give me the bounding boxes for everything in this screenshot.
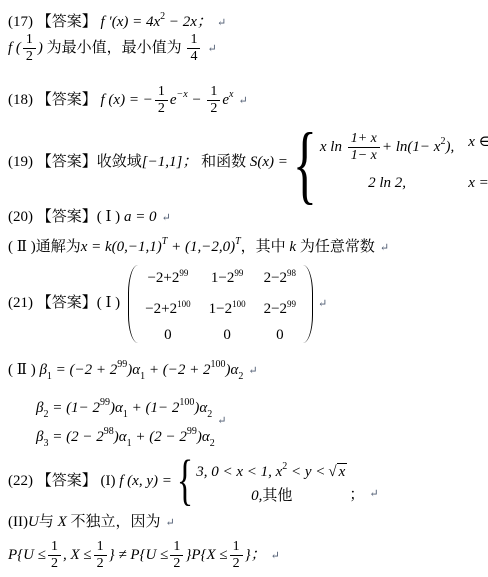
matrix-grid: −2+2991−2992−298−2+21001−21002−299000	[145, 262, 296, 346]
question-number: (19)	[8, 154, 33, 170]
matrix-cell: 0	[209, 324, 246, 346]
q21-beta1-line: ( Ⅱ ) β1 = (−2 + 299)α1 + (−2 + 2100)α2↵	[8, 354, 258, 388]
sqrt-icon: √	[328, 464, 336, 480]
formula-part: = (−2 + 2	[56, 362, 118, 378]
formula-sx: S(x) =	[250, 154, 288, 170]
zero-value: 0,	[251, 488, 262, 504]
formula-fxy: f (x, y) =	[119, 473, 172, 489]
text-arbitrary-constant: 为任意常数	[300, 239, 375, 255]
alpha-subscript: 2	[207, 409, 212, 420]
matrix: −2+2991−2992−298−2+21001−21002−299000	[128, 262, 313, 346]
text-minimum: 为最小值，最小值为	[47, 40, 182, 56]
alpha-subscript: 2	[210, 438, 215, 449]
piecewise-cases: x ln 1+ x1− x+ ln(1− x2),x ∈ (−1,1)2 ln …	[320, 131, 488, 194]
cell-value: 0	[223, 327, 231, 343]
matrix-cell: 0	[145, 324, 190, 346]
alpha-subscript: 1	[123, 409, 128, 420]
fraction-numerator: 1	[155, 84, 168, 100]
paragraph-mark-icon: ↵	[248, 365, 257, 377]
text-sum-function: 和函数	[201, 154, 246, 170]
fraction-denominator: 2	[230, 555, 243, 572]
cell-exponent: 100	[232, 299, 246, 309]
text-not-independent: 不独立，因为	[71, 514, 161, 530]
question-number: (17)	[8, 14, 33, 30]
formula-close-paren: )	[38, 40, 43, 56]
euler-e: e	[222, 92, 229, 108]
fraction-denominator: 2	[155, 100, 168, 117]
fraction-one-half: 12	[23, 32, 36, 65]
piecewise-cases: 3, 0 < x < 1, x2 < y <√x0,其他	[196, 456, 347, 507]
cell-exponent: 100	[177, 299, 191, 309]
formula-inequality: < y <	[291, 464, 325, 480]
formula-part: + (2 − 2	[135, 429, 187, 445]
formula-solution-vector1: x = k(0,−1,1)	[81, 239, 162, 255]
case-1-expression: 3, 0 < x < 1, x2 < y <√x	[196, 456, 347, 483]
question-number: (20)	[8, 209, 33, 225]
part-label-2: ( Ⅱ )	[8, 239, 36, 255]
q17-answer-line: (17) 【答案】 f ′(x) = 4x2 − 2x；↵	[8, 6, 226, 34]
alpha-subscript: 1	[127, 438, 132, 449]
cell-value: −2+2	[145, 301, 177, 317]
fraction-numerator: 1+ x	[348, 131, 380, 147]
formula-close: ),	[445, 139, 454, 155]
minus-sign: −	[191, 92, 201, 108]
part-label-2: ( Ⅱ )	[8, 362, 36, 378]
paragraph-mark-icon: ↵	[380, 242, 389, 254]
text-where: ，其中	[241, 239, 286, 255]
prob-part: P{U ≤	[8, 547, 46, 563]
alpha-term: )α	[194, 400, 207, 416]
question-number: (18)	[8, 92, 33, 108]
answer-tag: 【答案】	[37, 154, 97, 170]
exponent: 2	[282, 461, 287, 472]
fraction-numerator: 1	[94, 539, 107, 555]
prob-part: }；	[245, 547, 266, 563]
fraction-1px-1mx: 1+ x1− x	[348, 131, 380, 164]
case-2-expression: 2 ln 2,	[320, 172, 454, 194]
q21-part1-line: (21) 【答案】( Ⅰ )−2+2991−2992−298−2+21001−2…	[8, 260, 327, 346]
piecewise-brace: {	[293, 126, 317, 200]
paragraph-mark-icon: ↵	[207, 43, 216, 55]
question-number: (21)	[8, 295, 33, 311]
q18-answer-line: (18) 【答案】 f (x) = −12e−x − 12ex↵	[8, 84, 248, 117]
exponent: 98	[104, 426, 114, 437]
cell-exponent: 99	[287, 299, 296, 309]
prob-part: }P{X ≤	[185, 547, 227, 563]
formula-xln: x ln	[320, 139, 342, 155]
case-1-condition: x ∈ (−1,1)	[468, 131, 488, 164]
formula-f-open: f (	[8, 40, 21, 56]
fraction-one-half: 12	[48, 539, 61, 572]
answer-tag: 【答案】	[37, 14, 97, 30]
text-and: 与	[39, 514, 54, 530]
exponent: −x	[177, 89, 188, 100]
prob-part: , X ≤	[63, 547, 92, 563]
fraction-denominator: 2	[94, 555, 107, 572]
matrix-cell: 1−2100	[209, 293, 246, 320]
matrix-cell: 1−299	[209, 262, 246, 289]
cell-exponent: 99	[234, 268, 243, 278]
answer-tag: 【答案】	[37, 209, 97, 225]
cell-value: 1−2	[211, 270, 234, 286]
exponent: 100	[211, 359, 226, 370]
fraction-one-half: 12	[170, 539, 183, 572]
matrix-cell: −2+299	[145, 262, 190, 289]
alpha-term: )α	[114, 429, 127, 445]
cell-value: 1−2	[209, 301, 232, 317]
formula-density: 3, 0 < x < 1, x	[196, 464, 282, 480]
variable-k: k	[289, 239, 296, 255]
paragraph-mark-icon: ↵	[318, 298, 327, 310]
q22-probability-line: P{U ≤12, X ≤12} ≠ P{U ≤12}P{X ≤12}；↵	[8, 534, 280, 576]
case-1-expression: x ln 1+ x1− x+ ln(1− x2),	[320, 131, 454, 164]
fraction-denominator: 4	[187, 48, 200, 65]
answer-tag: 【答案】	[37, 92, 97, 108]
fraction-one-half: 12	[155, 84, 168, 117]
prob-part: } ≠ P{U ≤	[109, 547, 169, 563]
beta-subscript: 2	[43, 409, 48, 420]
formula-derivative: f ′(x) = 4x	[101, 14, 161, 30]
fraction-numerator: 1	[187, 32, 200, 48]
paragraph-mark-icon: ↵	[162, 212, 171, 224]
q20-part2-line: ( Ⅱ )通解为x = k(0,−1,1)T + (1,−2,0)T，其中 k …	[8, 231, 389, 259]
interval: [−1,1]；	[142, 154, 198, 170]
alpha-term: )α	[110, 400, 123, 416]
formula-tail: − 2x；	[169, 14, 212, 30]
cell-exponent: 98	[287, 268, 296, 278]
matrix-open-paren-icon	[128, 265, 139, 343]
alpha-subscript: 2	[238, 371, 243, 382]
text-convergence-domain: 收敛域	[97, 154, 142, 170]
exponent: x	[229, 89, 233, 100]
fraction-one-half: 12	[230, 539, 243, 572]
question-number: (22)	[8, 473, 33, 489]
paragraph-mark-icon: ↵	[369, 488, 378, 500]
variable-X: X	[58, 514, 67, 530]
formula-part: + (1− 2	[132, 400, 180, 416]
exponent: 99	[117, 359, 127, 370]
piecewise-brace: {	[177, 458, 193, 504]
matrix-close-paren-icon	[302, 265, 313, 343]
transpose-T: T	[162, 236, 168, 247]
fraction-one-half: 12	[94, 539, 107, 572]
formula-part: = (1− 2	[52, 400, 100, 416]
matrix-cell: 2−298	[264, 262, 296, 289]
sqrt-argument: x	[337, 463, 348, 480]
q19-answer-line: (19) 【答案】收敛域[−1,1]； 和函数 S(x) ={x ln 1+ x…	[8, 122, 488, 202]
paragraph-mark-icon: ↵	[217, 415, 226, 427]
part-label-1: ( Ⅰ )	[97, 295, 120, 311]
alpha-term: )α	[226, 362, 239, 378]
document-page: (17) 【答案】 f ′(x) = 4x2 − 2x；↵ f (12) 为最小…	[0, 0, 488, 577]
alpha-term: )α	[127, 362, 140, 378]
variable-U: U	[28, 514, 39, 530]
paragraph-mark-icon: ↵	[238, 95, 247, 107]
paragraph-mark-icon: ↵	[271, 550, 280, 562]
text-otherwise: 其他	[262, 488, 292, 504]
fraction-denominator: 2	[23, 48, 36, 65]
part-label-2: (II)	[8, 514, 28, 530]
part-label-1: (I)	[101, 473, 116, 489]
formula-part: + (−2 + 2	[149, 362, 211, 378]
q22-part2-line: (II)U与 X 不独立，因为↵	[8, 511, 175, 534]
euler-e: e	[170, 92, 177, 108]
fraction-denominator: 2	[48, 555, 61, 572]
fraction-denominator: 1− x	[348, 147, 380, 164]
q22-part1-line: (22) 【答案】 (I) f (x, y) ={3, 0 < x < 1, x…	[8, 452, 379, 510]
formula-part: = (2 − 2	[52, 429, 104, 445]
beta-subscript: 3	[43, 438, 48, 449]
text-general-solution: 通解为	[36, 239, 81, 255]
fraction-numerator: 1	[170, 539, 183, 555]
formula-lhs: f (x) = −	[101, 92, 153, 108]
matrix-cell: 2−299	[264, 293, 296, 320]
fraction-numerator: 1	[23, 32, 36, 48]
fraction-denominator: 2	[207, 100, 220, 117]
q17-minimum-line: f (12) 为最小值，最小值为 14↵	[8, 32, 217, 65]
part-label-1: ( Ⅰ )	[97, 209, 120, 225]
cell-value: 2−2	[264, 270, 287, 286]
cell-value: 0	[276, 327, 284, 343]
fraction-numerator: 1	[207, 84, 220, 100]
fraction-denominator: 2	[170, 555, 183, 572]
fraction-one-fourth: 14	[187, 32, 200, 65]
beta-subscript: 1	[47, 371, 52, 382]
formula-solution-vector2: + (1,−2,0)	[171, 239, 235, 255]
exponent: 2	[160, 11, 165, 22]
exponent: 99	[100, 397, 110, 408]
formula-ln-term: + ln(1− x	[382, 139, 441, 155]
paragraph-mark-icon: ↵	[217, 17, 226, 29]
answer-tag: 【答案】	[37, 295, 97, 311]
alpha-subscript: 1	[140, 371, 145, 382]
exponent: 100	[179, 397, 194, 408]
cell-value: 0	[164, 327, 172, 343]
matrix-cell: −2+2100	[145, 293, 190, 320]
alpha-term: )α	[197, 429, 210, 445]
answer-tag: 【答案】	[37, 473, 97, 489]
beta-symbol: β	[39, 362, 46, 378]
cell-value: −2+2	[147, 270, 179, 286]
fraction-numerator: 1	[230, 539, 243, 555]
matrix-cell: 0	[264, 324, 296, 346]
semicolon: ；	[349, 487, 364, 503]
exponent: 99	[187, 426, 197, 437]
cell-exponent: 99	[179, 268, 188, 278]
formula-a-equals: a = 0	[124, 209, 157, 225]
q20-part1-line: (20) 【答案】( Ⅰ ) a = 0↵	[8, 206, 171, 229]
case-2-condition: x = ±1	[468, 172, 488, 194]
paragraph-mark-icon: ↵	[166, 517, 175, 529]
fraction-numerator: 1	[48, 539, 61, 555]
fraction-one-half: 12	[207, 84, 220, 117]
case-2-expression: 0,其他	[196, 485, 347, 507]
cell-value: 2−2	[264, 301, 287, 317]
